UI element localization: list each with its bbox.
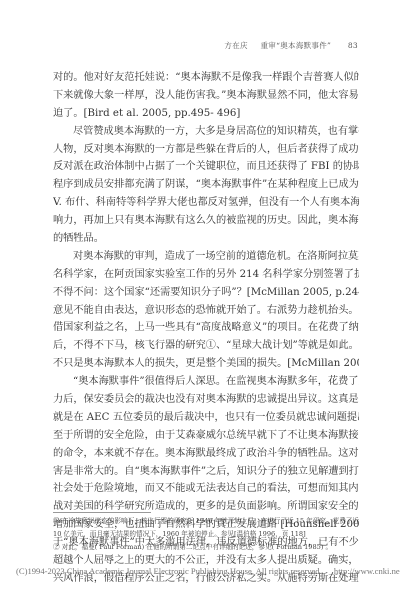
running-head: 方在庆 重审“奥本海默事件” 83	[224, 40, 358, 51]
body-line: 意见不能自由表达，意识形态的恐怖就开始了。右派势力趁机抬头。一些战争狂人，	[53, 302, 359, 320]
body-line: 至于所谓的安全危险，由于艾森豪威尔总统早就下了不让奥本海默接触机密文件	[53, 427, 359, 445]
body-line: 就是在 AEC 五位委员的最后裁决中，也只有一位委员就忠诚问题提出不同看法。	[53, 409, 359, 427]
body-line: 程序到成员安排都充满了阴谋，“奥本海默事件”在某种程度上已成为必然。尽管	[53, 176, 359, 194]
copyright-text: (C)1994-2023 China Academic Journal Elec…	[16, 566, 322, 576]
footnotes: ① 在冷战意识形态的影响下，核飞行器的研究于 1946 年就开始上马。在进行了近…	[53, 515, 359, 553]
page-number: 83	[348, 41, 358, 50]
body-line: 不只是奥本海默本人的损失，更是整个美国的损失。[McMillan 2005, p…	[53, 355, 359, 373]
body-line: 反对派在政治体制中占据了一个关键职位，而且还获得了 FBI 的协助。加上里面从	[53, 158, 359, 176]
body-line: 社会处于危险境地，而又不能或无法表达自己的看法，可想而知其内心的痛苦。冷	[53, 480, 359, 498]
body-line: 不得不问：这个国家“还需要知识分子吗”？[McMillan 2005, p.24…	[53, 284, 359, 302]
copyright-url[interactable]: http://www.cnki.ne	[334, 566, 400, 576]
body-line: 尽管赞成奥本海默的一方，大多是身居高位的知识精英，也有掌握经济实权的	[53, 123, 359, 141]
body-line: 的命令，本来就不存在。奥本海默最终成了政治斗争的牺牲品。这对美国社会的伤	[53, 445, 359, 463]
body-line: 害是非常大的。自“奥本海默事件”之后，知识分子的独立见解遭到打压。他们看到	[53, 463, 359, 481]
body-line: 后，不得不下马，核飞行器的研究①、“星球大战计划”等就是如此。“奥本海默事件”	[53, 337, 359, 355]
running-head-title: 重审“奥本海默事件”	[260, 41, 331, 50]
footnote-divider	[53, 512, 151, 513]
copyright-footer: (C)1994-2023 China Academic Journal Elec…	[16, 566, 400, 576]
body-line: 力后，保安委员会的裁决也没有对奥本海默的忠诚提出异议。这真是天大的讽刺。	[53, 391, 359, 409]
body-text: 对的。他对好友范托娃说：“奥本海默不是像我一样跟个吉普赛人似的；我的皮肤生下来就…	[53, 69, 359, 588]
footnote-2: ② 对此，福曼( Paul Forman) 在他的所谓第二论点中有详细的论述，参…	[53, 541, 359, 554]
body-line: 迫了。[Bird et al. 2005, pp.495- 496]	[53, 105, 359, 123]
body-line: V. 布什、科南特等科学界大佬也都反对氢弹，但没有一个人有奥本海默那么大的影	[53, 194, 359, 212]
body-line: 名科学家，在阿贡国家实验室工作的另外 214 名科学家分别签署了抗议声明。人们	[53, 266, 359, 284]
body-line: 人物，反对奥本海默的一方都是些躲在背后的人，但后者获得了成功。主要原因是	[53, 141, 359, 159]
body-line: 对奥本海默的审判，造成了一场空前的道德危机。在洛斯阿拉莫斯工作的 493	[53, 248, 359, 266]
body-line: 对的。他对好友范托娃说：“奥本海默不是像我一样跟个吉普赛人似的；我的皮肤生	[53, 69, 359, 87]
running-head-author: 方在庆	[224, 41, 247, 50]
body-line: “奥本海默事件”很值得后人深思。在监视奥本海默多年，花费了大量人力物	[53, 373, 359, 391]
body-line: 战对美国的科学研究所造成的，更多的是负面影响。所谓国家安全的考虑，既没有	[53, 498, 359, 516]
footnote-1-line-1: ① 在冷战意识形态的影响下，核飞行器的研究于 1946 年就开始上马。在进行了近…	[53, 515, 359, 528]
body-line: 的牺牲品。	[53, 230, 359, 248]
body-line: 借国家利益之名，上马一些具有“高度战略意义”的项目。在花费了纳税人大量钱财	[53, 319, 359, 337]
footnote-1-line-2: 10 亿美元，而且毫无结果的情况下，1960 年被迫停止。参见[温伯格 1996…	[53, 528, 359, 541]
body-line: 下来就像大象一样厚，没人能伤害我。”奥本海默显然不同，他太容易受伤害，受胁	[53, 87, 359, 105]
body-line: 响力，再加上只有奥本海默有这么久的被监视的历史。因此，奥本海默成了政治斗争	[53, 212, 359, 230]
